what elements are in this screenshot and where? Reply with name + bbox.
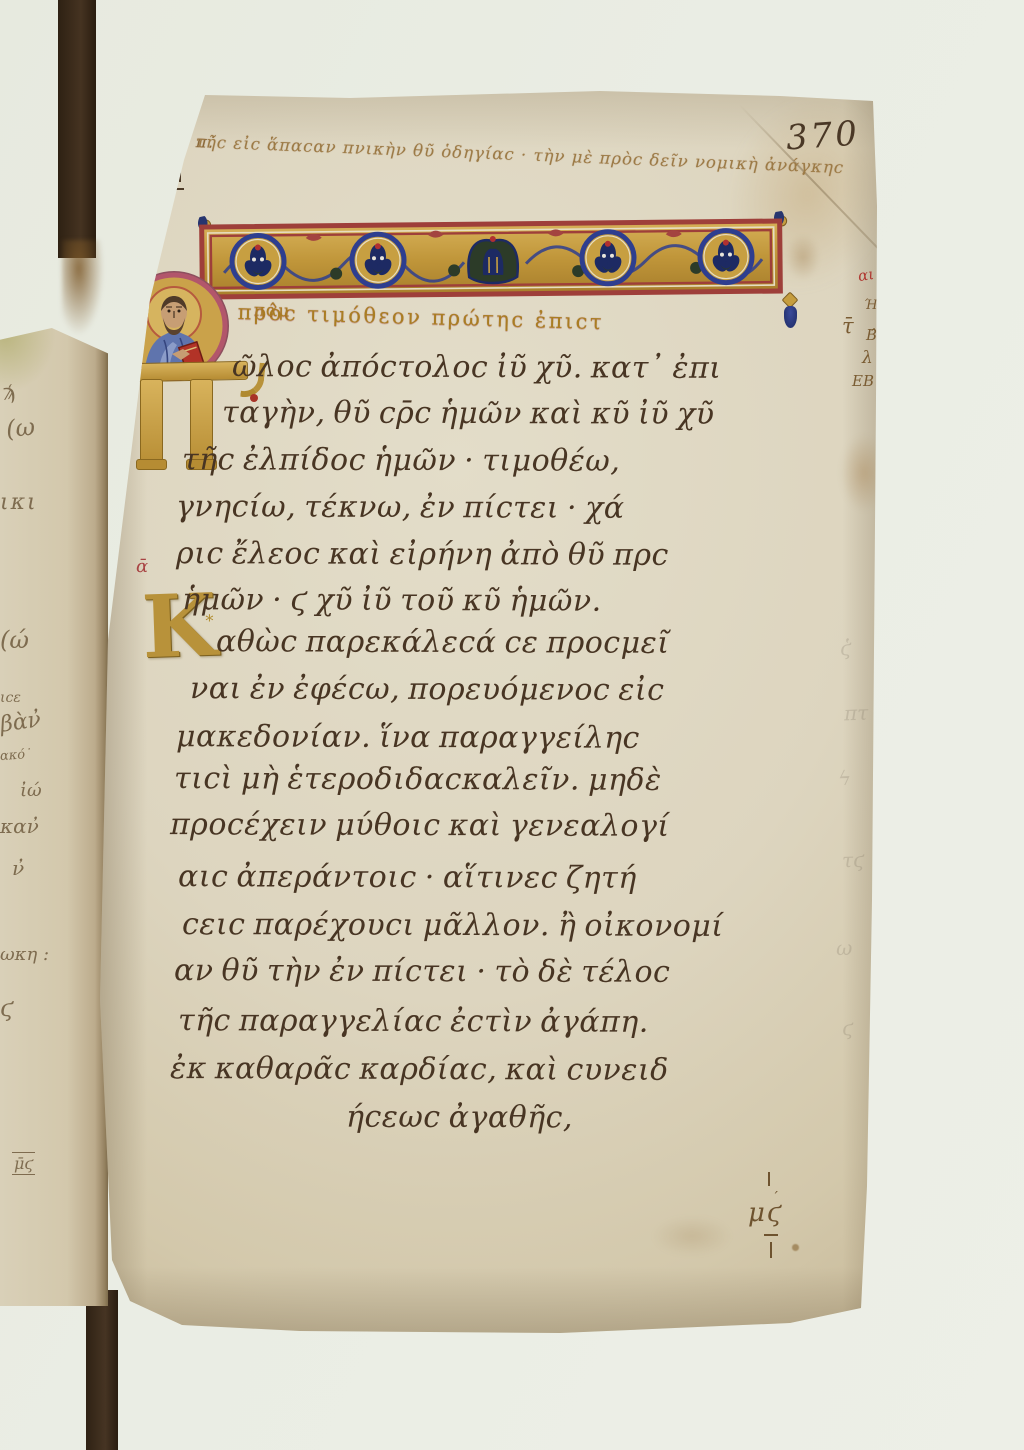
text-line: ἐκ καθαρᾶϲ καρδίαϲ, καὶ ϲυνειδ xyxy=(170,1049,669,1091)
quire-dash xyxy=(764,1234,778,1236)
text-line: ἡμῶν · ϛ χῦ ἰῦ τοῦ κῦ ἡμῶν. xyxy=(182,580,602,621)
right-margin-mark: τ̄ xyxy=(842,314,854,338)
right-margin-mark: Ή, xyxy=(864,298,882,313)
binding-spine-top xyxy=(58,0,96,258)
text-line: τῆϲ παραγγελίαϲ ἐϲτὶν ἀγάπη. xyxy=(178,1001,649,1043)
right-margin-mark: ΕΒ xyxy=(852,372,874,390)
medallion-flower xyxy=(232,235,285,288)
margin-scribble: ν̓ xyxy=(12,856,24,880)
binding-smudge xyxy=(62,240,104,336)
quire-tick-bottom xyxy=(770,1242,772,1258)
folio-number: 370 xyxy=(785,113,862,158)
parchment-stain xyxy=(652,1216,732,1256)
text-line: μακεδονίαν. ἵνα παραγγείληϲ xyxy=(176,717,640,759)
margin-scribble: (ώ xyxy=(0,626,29,654)
margin-scribble: ωκη : xyxy=(0,944,49,965)
bleedthrough-mark: τϛ xyxy=(842,848,865,873)
text-line: ναι ἐν ἐφέϲω, πορευόμενοϲ εἰϲ xyxy=(190,669,665,711)
margin-scribble: ιϲε xyxy=(0,690,21,706)
manuscript-page: 370 ἑ π⁚τῆϲ εἰϲ ἅπαϲαν πνικὴν θῦ ὁδηγίαϲ… xyxy=(92,86,882,1342)
bleedthrough-mark: ϛ̔ xyxy=(840,636,852,660)
text-line: γνηϲίω, τέκνω, ἐν πίϲτει · χά xyxy=(176,487,625,529)
margin-scribble: ακό˙ xyxy=(0,747,32,764)
facing-page-edge: ϡ̒ (ω ικι (ώ ιϲε βὰν̓ ακό˙ ἰώ καν̓ ν̓ ωκ… xyxy=(0,328,108,1306)
text-line: τιϲὶ μὴ ἑτεροδιδαϲκαλεῖν. μηδὲ xyxy=(174,759,662,801)
bleedthrough-mark: πτ xyxy=(844,701,869,726)
text-line: ριϲ ἔλεοϲ καὶ εἰρήνη ἀπὸ θῦ πρϲ xyxy=(176,534,669,576)
text-line: ταγὴν, θῦ ϲρ̄ϲ ἡμῶν καὶ κῦ ἰῦ χῦ xyxy=(222,393,715,435)
title-flourish: πάμ xyxy=(253,300,290,321)
bleedthrough-mark: ϟ xyxy=(838,766,852,790)
margin-sign-letter: ἑ xyxy=(172,118,180,134)
margin-scribble: (ω xyxy=(5,413,37,444)
medallion-flower xyxy=(352,234,405,287)
margin-scribble: ϡ̒ xyxy=(0,379,17,406)
right-margin-red-note: αι xyxy=(857,265,875,285)
bleedthrough-mark: ω xyxy=(836,936,853,961)
bleedthrough-mark: ϛ xyxy=(842,1016,854,1040)
pendant-bud xyxy=(784,306,797,328)
medallion-flower xyxy=(700,230,753,283)
medallion-flower xyxy=(582,232,635,285)
margin-scribble: βὰν̓ xyxy=(0,707,42,737)
text-line: ήϲεωϲ ἀγαθῆϲ, xyxy=(346,1098,573,1139)
rubric-margin-sign: ἑ xyxy=(170,122,190,202)
margin-scribble: ικι xyxy=(0,490,38,515)
margin-scribble: μ̄ϛ xyxy=(12,1152,35,1175)
manuscript-photo: ϡ̒ (ω ικι (ώ ιϲε βὰν̓ ακό˙ ἰώ καν̓ ν̓ ωκ… xyxy=(0,0,1024,1450)
margin-scribble: ϛ xyxy=(0,994,13,1022)
right-margin-mark: Β̂ xyxy=(866,326,877,344)
text-line: αιϲ ἀπεράντοιϲ · αἵτινεϲ ζητή xyxy=(178,857,637,899)
quire-letters: μϛ xyxy=(748,1198,783,1228)
headpiece-ornament xyxy=(196,209,793,307)
margin-scribble: καν̓ xyxy=(0,814,39,838)
text-line: αθὼϲ παρεκάλεϲά ϲε προϲμεῖ xyxy=(216,622,670,664)
text-line: αν θῦ τὴν ἐν πίϲτει · τὸ δὲ τέλοϲ xyxy=(174,951,671,993)
text-line: ῶλοϲ ἀπόϲτολοϲ ἰῦ χῦ. κατ᾽ ἐπι xyxy=(232,347,722,389)
text-line: προϲέχειν μύθοιϲ καὶ γενεαλογί xyxy=(170,805,670,847)
headpiece-svg xyxy=(196,209,793,307)
margin-sign-dash xyxy=(174,188,184,190)
margin-sign-bar xyxy=(179,138,181,182)
central-palmette xyxy=(468,236,518,284)
chapter-number-mark: ᾱ xyxy=(136,556,148,577)
margin-scribble: ἰώ xyxy=(20,780,42,801)
right-margin-mark: λ xyxy=(862,348,873,368)
quire-tick-top xyxy=(768,1172,770,1186)
parchment-stain xyxy=(840,434,888,512)
initial-pi-leg xyxy=(140,379,163,470)
headpiece-pendant xyxy=(780,294,802,334)
text-line: ϲειϲ παρέχουϲι μᾶλλον. ἢ οἰκονομί xyxy=(182,905,724,947)
quire-signature: ´ μϛ xyxy=(738,1172,798,1272)
text-line: τῆϲ ἐλπίδοϲ ἡμῶν · τιμοθέω, xyxy=(182,440,620,482)
binding-spine-bottom xyxy=(86,1290,118,1450)
